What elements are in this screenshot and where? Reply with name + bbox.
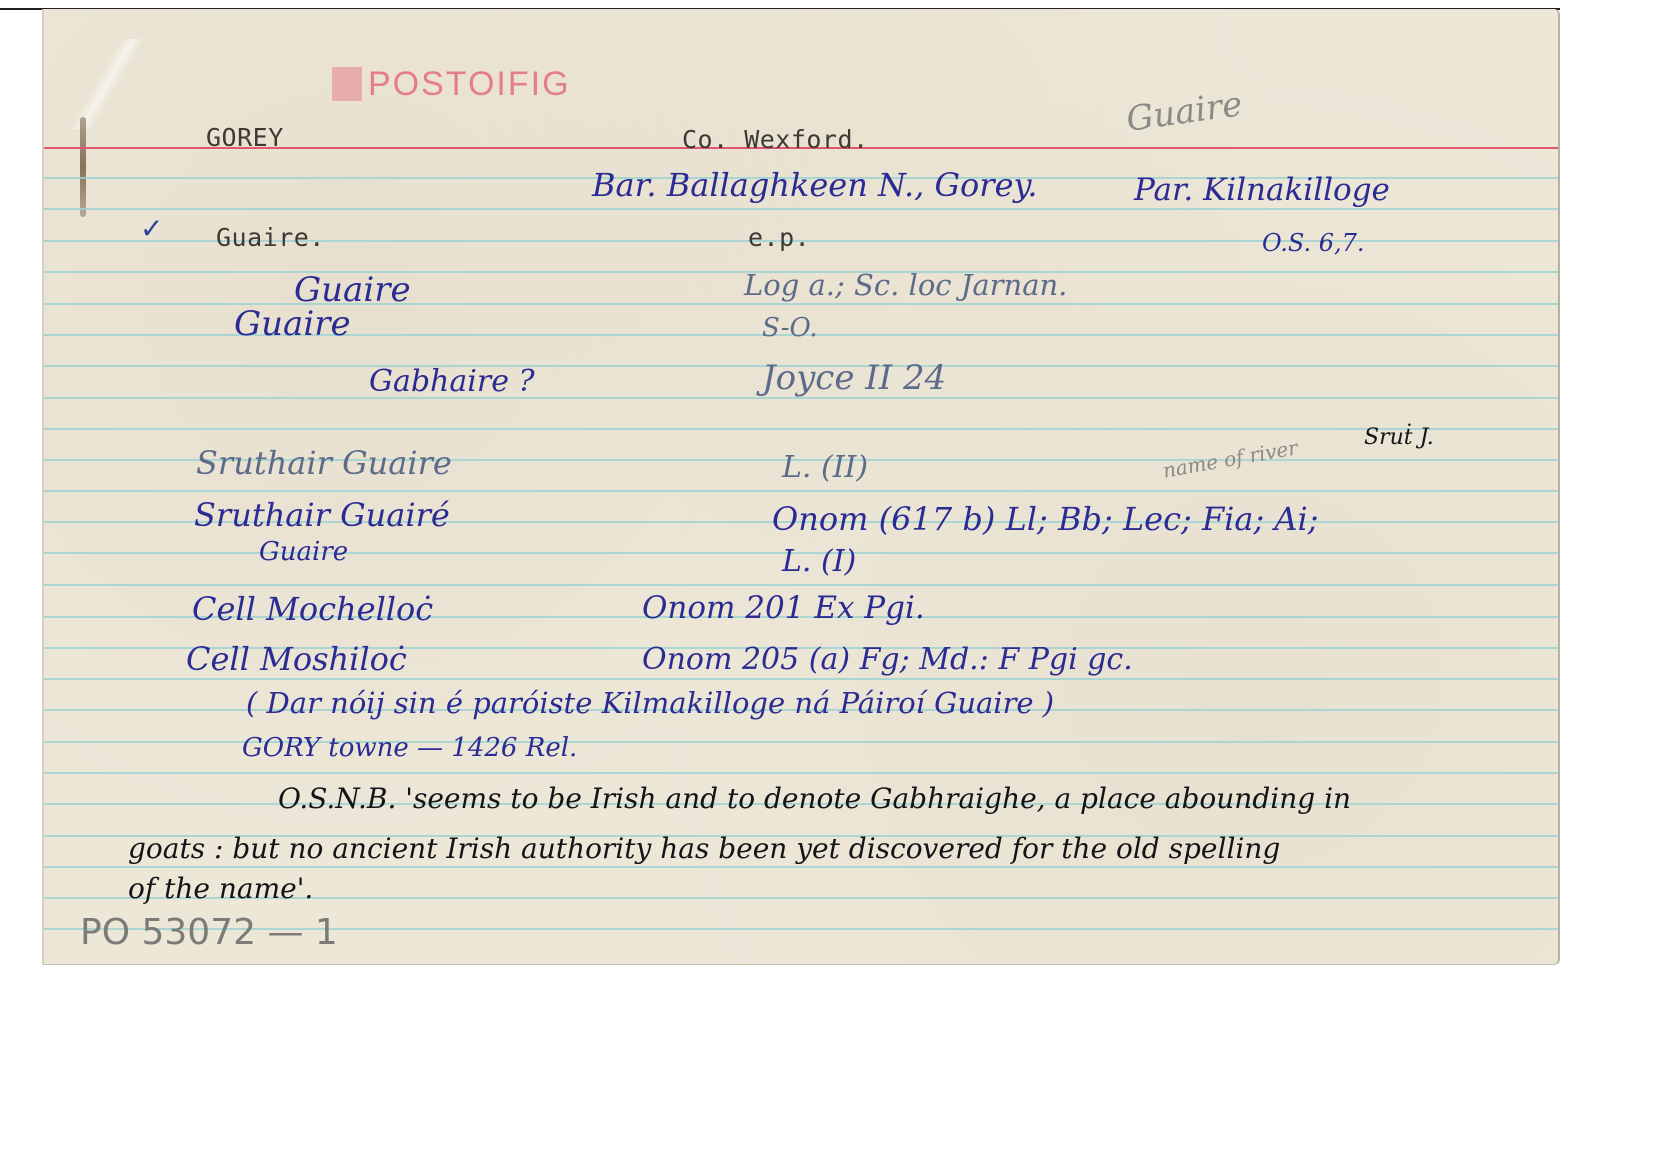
ref-onom-201: Onom 201 Ex Pgi. bbox=[642, 593, 925, 624]
ruled-line bbox=[44, 490, 1558, 492]
stamp-text: POSTOIFIG bbox=[368, 65, 571, 103]
county-heading: Co. Wexford. bbox=[682, 127, 869, 152]
ref-onom-205: Onom 205 (a) Fg; Md.: F Pgi gc. bbox=[642, 645, 1133, 675]
form-guaire-1: Guaire bbox=[294, 273, 411, 307]
ruled-line bbox=[44, 584, 1558, 586]
place-name-heading: GOREY bbox=[206, 125, 284, 150]
barony-text: Bar. Ballaghkeen N., Gorey. bbox=[592, 169, 1038, 201]
typed-irish-name: Guaire. bbox=[216, 225, 325, 250]
archive-reference-number: PO 53072 — 1 bbox=[80, 915, 338, 951]
osnb-line-3: of the name'. bbox=[128, 875, 313, 903]
ref-l-ii: L. (II) bbox=[782, 453, 868, 483]
form-cell-mochelloc: Cell Mochelloċ bbox=[192, 593, 433, 625]
pencil-note-guaire: Guaire bbox=[1124, 87, 1244, 137]
ruled-line bbox=[44, 428, 1558, 430]
ruled-line bbox=[44, 678, 1558, 680]
ruled-line bbox=[44, 208, 1558, 210]
ref-s-o: S-O. bbox=[762, 315, 818, 341]
ruled-line bbox=[44, 772, 1558, 774]
form-cell-moshiloc: Cell Moshiloċ bbox=[186, 643, 407, 675]
staple-mark bbox=[80, 117, 86, 217]
index-card: POSTOIFIG GOREY Co. Wexford. Guaire Bar.… bbox=[42, 9, 1560, 965]
form-sruthair-1: Sruthair Guaire bbox=[196, 447, 452, 479]
os-sheet-text: O.S. 6,7. bbox=[1262, 231, 1365, 255]
ref-log-a: Log a.; Sc. loc Jarnan. bbox=[744, 271, 1067, 300]
pencil-note-river: name of river bbox=[1161, 437, 1299, 480]
post-office-stamp: POSTOIFIG bbox=[332, 67, 571, 101]
note-srut-j: Sruṫ J. bbox=[1364, 427, 1434, 449]
form-sruthair-2: Sruthair Guairé bbox=[194, 499, 450, 531]
note-gory-towne: GORY towne — 1426 Rel. bbox=[242, 735, 577, 761]
osnb-line-2: goats : but no ancient Irish authority h… bbox=[128, 835, 1280, 863]
form-guaire-2: Guaire bbox=[234, 307, 351, 341]
check-icon: ✓ bbox=[140, 215, 163, 243]
paper-crease bbox=[72, 39, 142, 129]
ref-onom-617: Onom (617 b) Ll; Bb; Lec; Fia; Ai; bbox=[772, 503, 1319, 535]
note-parish-paren: ( Dar nóij sin é paróiste Kilmakilloge n… bbox=[246, 689, 1054, 718]
ruled-line bbox=[44, 866, 1558, 868]
form-guaire-4: Guaire bbox=[259, 539, 348, 565]
osnb-line-1: O.S.N.B. 'seems to be Irish and to denot… bbox=[278, 785, 1351, 813]
form-gabhaire: Gabhaire ? bbox=[369, 367, 535, 397]
stamp-blot bbox=[332, 67, 362, 101]
typed-ep: e.p. bbox=[748, 225, 810, 250]
ref-joyce: Joyce II 24 bbox=[762, 361, 946, 395]
ref-l-i: L. (I) bbox=[782, 547, 856, 577]
parish-text: Par. Kilnakilloge bbox=[1134, 175, 1390, 206]
